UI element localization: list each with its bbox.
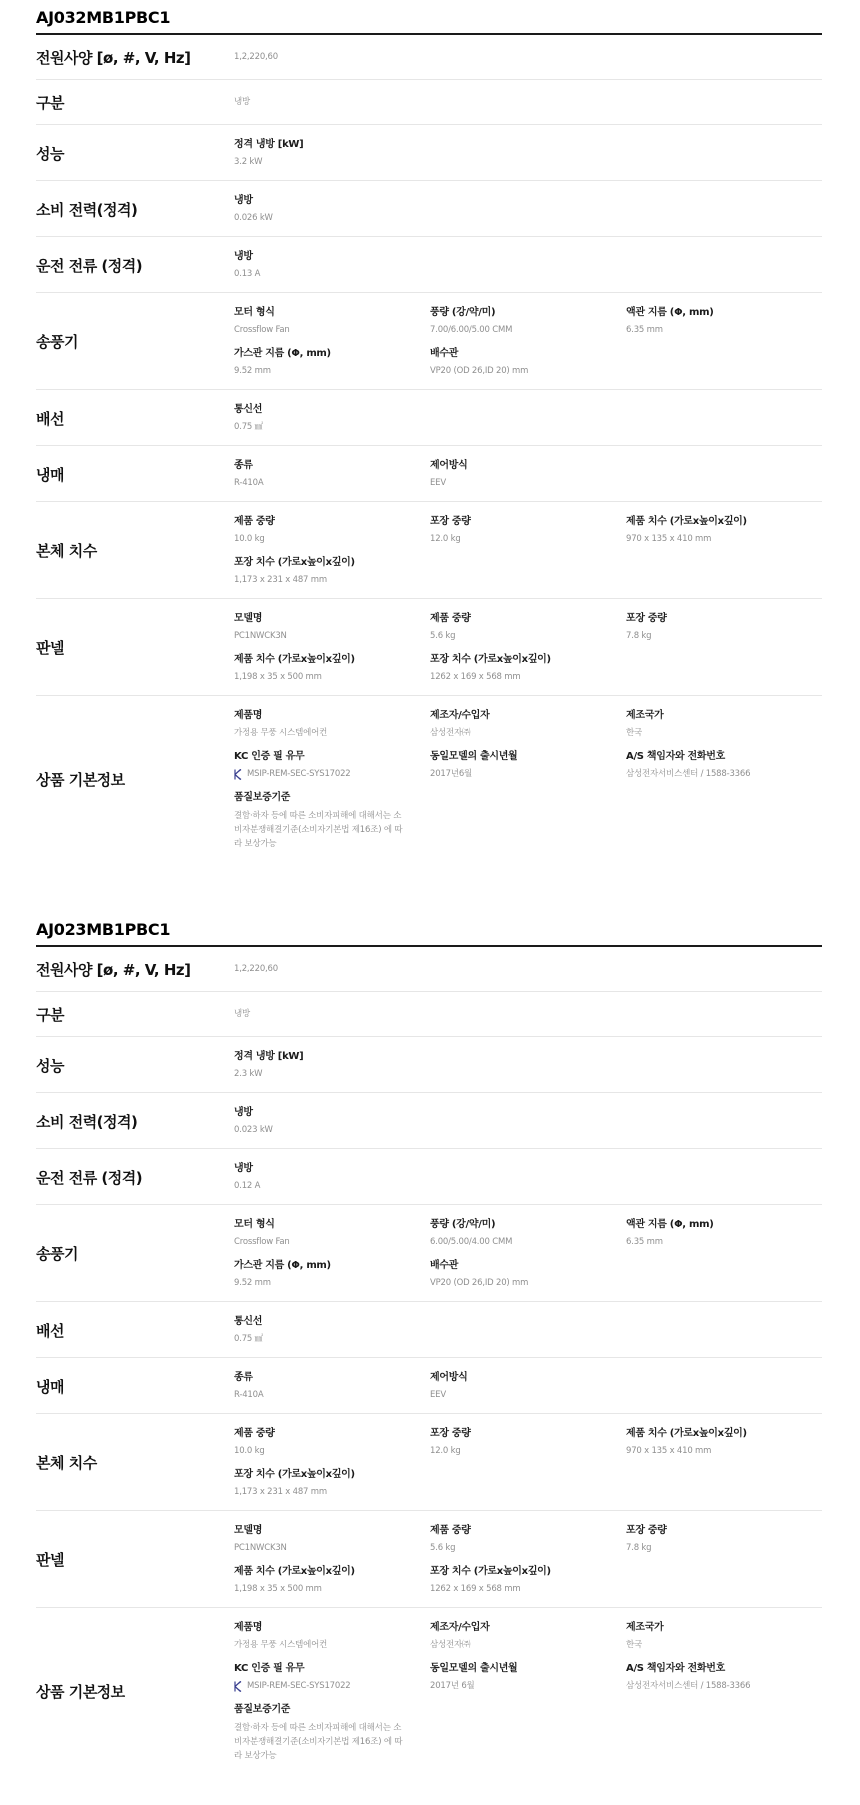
spec-item-value: EEV: [430, 1389, 626, 1402]
spec-row-basic-info: 상품 기본정보 제품명가정용 무풍 시스템에어컨 제조자/수입자삼성전자㈜ 제조…: [36, 696, 822, 862]
spec-item-value: 1,173 x 231 x 487 mm: [234, 574, 430, 587]
spec-item-name: 제어방식: [430, 458, 626, 473]
spec-item-value: 결함·하자 등에 따른 소비자피해에 대해서는 소비자분쟁해결기준(소비자기본법…: [234, 809, 404, 851]
spec-item-value: PC1NWCK3N: [234, 630, 430, 643]
spec-item-name: 포장 치수 (가로x높이x깊이): [234, 555, 430, 570]
spec-item-name: 포장 치수 (가로x높이x깊이): [430, 1564, 626, 1579]
spec-item-name: 액관 지름 (Φ, mm): [626, 1217, 822, 1232]
spec-label: 운전 전류 (정격): [36, 255, 234, 276]
spec-item-value: 한국: [626, 1639, 822, 1652]
spec-item-name: 제조자/수입자: [430, 708, 626, 723]
spec-item-name: 포장 중량: [430, 1426, 626, 1441]
spec-value: 냉방: [234, 1008, 430, 1021]
spec-item-value: 12.0 kg: [430, 533, 626, 546]
spec-item-name: 제조자/수입자: [430, 1620, 626, 1635]
spec-item-value: R-410A: [234, 477, 430, 490]
spec-item-name: 모터 형식: [234, 305, 430, 320]
spec-item-value: R-410A: [234, 1389, 430, 1402]
model-spec-section: AJ032MB1PBC1 전원사양 [ø, #, V, Hz] 1,2,220,…: [36, 6, 822, 862]
spec-row-operating-current: 운전 전류 (정격) 냉방0.12 A: [36, 1149, 822, 1205]
spec-item-value: 6.35 mm: [626, 324, 822, 337]
spec-item-value: 1262 x 169 x 568 mm: [430, 1583, 626, 1596]
spec-page: AJ032MB1PBC1 전원사양 [ø, #, V, Hz] 1,2,220,…: [0, 0, 860, 1774]
spec-label: 송풍기: [36, 331, 234, 352]
spec-item-value: 0.023 kW: [234, 1124, 430, 1137]
spec-item-value: 2017년 6월: [430, 1680, 626, 1693]
spec-item-value: EEV: [430, 477, 626, 490]
spec-item-name: 제품명: [234, 708, 430, 723]
model-title: AJ023MB1PBC1: [36, 918, 822, 947]
kc-certification-icon: [234, 1681, 242, 1692]
spec-label: 운전 전류 (정격): [36, 1167, 234, 1188]
spec-row-body-dimensions: 본체 치수 제품 중량10.0 kg 포장 중량12.0 kg 제품 치수 (가…: [36, 1414, 822, 1511]
spec-item-name: 포장 치수 (가로x높이x깊이): [234, 1467, 430, 1482]
spec-label: 소비 전력(정격): [36, 1111, 234, 1132]
spec-row-refrigerant: 냉매 종류R-410A 제어방식EEV: [36, 446, 822, 502]
spec-label: 냉매: [36, 464, 234, 485]
spec-label: 성능: [36, 1055, 234, 1076]
spec-label: 판넬: [36, 637, 234, 658]
spec-item-name: KC 인증 필 유무: [234, 1661, 430, 1676]
spec-item-value: 0.13 A: [234, 268, 430, 281]
spec-label: 상품 기본정보: [36, 1681, 234, 1702]
spec-label: 판넬: [36, 1549, 234, 1570]
spec-item-value: 10.0 kg: [234, 533, 430, 546]
spec-item-value: 970 x 135 x 410 mm: [626, 1445, 822, 1458]
spec-item-value: 가정용 무풍 시스템에어컨: [234, 1639, 430, 1652]
spec-label: 전원사양 [ø, #, V, Hz]: [36, 47, 234, 68]
spec-item-name: KC 인증 필 유무: [234, 749, 430, 764]
spec-item-value: 0.12 A: [234, 1180, 430, 1193]
spec-row-power-consumption: 소비 전력(정격) 냉방0.026 kW: [36, 181, 822, 237]
spec-item-name: 정격 냉방 [kW]: [234, 1049, 430, 1064]
kc-certification-number: MSIP-REM-SEC-SYS17022: [247, 1680, 351, 1693]
spec-value: 1,2,220,60: [234, 963, 430, 976]
spec-label: 본체 치수: [36, 540, 234, 561]
spec-label: 본체 치수: [36, 1452, 234, 1473]
spec-item-value: 2017년6월: [430, 768, 626, 781]
spec-item-value: 9.52 mm: [234, 1277, 430, 1290]
kc-certification-number: MSIP-REM-SEC-SYS17022: [247, 768, 351, 781]
spec-row-panel: 판넬 모델명PC1NWCK3N 제품 중량5.6 kg 포장 중량7.8 kg …: [36, 1511, 822, 1608]
spec-row-operating-current: 운전 전류 (정격) 냉방0.13 A: [36, 237, 822, 293]
spec-item-value: 12.0 kg: [430, 1445, 626, 1458]
spec-item-name: 제품명: [234, 1620, 430, 1635]
spec-item-value: 삼성전자서비스센터 / 1588-3366: [626, 768, 822, 781]
spec-value: 냉방: [234, 96, 430, 109]
spec-item-name: 제품 중량: [430, 1523, 626, 1538]
spec-row-wiring: 배선 통신선0.75 ㎟: [36, 1302, 822, 1358]
spec-item-value: Crossflow Fan: [234, 324, 430, 337]
spec-item-name: 통신선: [234, 402, 430, 417]
spec-label: 상품 기본정보: [36, 769, 234, 790]
spec-row-performance: 성능 정격 냉방 [kW]3.2 kW: [36, 125, 822, 181]
spec-item-name: 제어방식: [430, 1370, 626, 1385]
spec-row-blower: 송풍기 모터 형식Crossflow Fan 풍량 (강/약/미)6.00/5.…: [36, 1205, 822, 1302]
spec-item-name: 냉방: [234, 249, 430, 264]
spec-item-name: 제품 치수 (가로x높이x깊이): [626, 514, 822, 529]
spec-row-power-spec: 전원사양 [ø, #, V, Hz] 1,2,220,60: [36, 947, 822, 992]
spec-item-value: 970 x 135 x 410 mm: [626, 533, 822, 546]
spec-value: 1,2,220,60: [234, 51, 430, 64]
spec-row-basic-info: 상품 기본정보 제품명가정용 무풍 시스템에어컨 제조자/수입자삼성전자㈜ 제조…: [36, 1608, 822, 1774]
spec-label: 전원사양 [ø, #, V, Hz]: [36, 959, 234, 980]
spec-item-name: 제품 중량: [234, 514, 430, 529]
spec-item-name: 제품 중량: [234, 1426, 430, 1441]
spec-item-name: 제조국가: [626, 1620, 822, 1635]
spec-item-name: 포장 중량: [430, 514, 626, 529]
spec-item-name: 정격 냉방 [kW]: [234, 137, 430, 152]
spec-item-name: 종류: [234, 1370, 430, 1385]
kc-certification: MSIP-REM-SEC-SYS17022: [234, 768, 430, 781]
spec-item-value: VP20 (OD 26,ID 20) mm: [430, 1277, 626, 1290]
spec-item-value: 9.52 mm: [234, 365, 430, 378]
spec-item-name: 모델명: [234, 1523, 430, 1538]
model-spec-section: AJ023MB1PBC1 전원사양 [ø, #, V, Hz] 1,2,220,…: [36, 918, 822, 1774]
spec-item-name: 포장 치수 (가로x높이x깊이): [430, 652, 626, 667]
spec-row-body-dimensions: 본체 치수 제품 중량10.0 kg 포장 중량12.0 kg 제품 치수 (가…: [36, 502, 822, 599]
spec-item-name: A/S 책임자와 전화번호: [626, 1661, 822, 1676]
spec-item-name: 제품 중량: [430, 611, 626, 626]
spec-item-value: 6.00/5.00/4.00 CMM: [430, 1236, 626, 1249]
spec-item-value: 삼성전자㈜: [430, 1639, 626, 1652]
spec-item-name: 모델명: [234, 611, 430, 626]
spec-row-wiring: 배선 통신선0.75 ㎟: [36, 390, 822, 446]
spec-item-name: 냉방: [234, 1105, 430, 1120]
spec-item-name: 포장 중량: [626, 1523, 822, 1538]
kc-certification-icon: [234, 769, 242, 780]
spec-item-value: 7.8 kg: [626, 630, 822, 643]
spec-item-value: 가정용 무풍 시스템에어컨: [234, 727, 430, 740]
spec-item-name: 가스관 지름 (Φ, mm): [234, 1258, 430, 1273]
spec-item-name: 제조국가: [626, 708, 822, 723]
spec-item-value: 3.2 kW: [234, 156, 430, 169]
spec-item-name: 제품 치수 (가로x높이x깊이): [234, 1564, 430, 1579]
spec-item-name: 동일모델의 출시년월: [430, 749, 626, 764]
spec-item-name: 액관 지름 (Φ, mm): [626, 305, 822, 320]
spec-label: 배선: [36, 408, 234, 429]
spec-item-value: 2.3 kW: [234, 1068, 430, 1081]
spec-item-name: 풍량 (강/약/미): [430, 305, 626, 320]
spec-item-value: 7.00/6.00/5.00 CMM: [430, 324, 626, 337]
spec-item-name: 모터 형식: [234, 1217, 430, 1232]
spec-item-value: 0.026 kW: [234, 212, 430, 225]
spec-item-value: 삼성전자㈜: [430, 727, 626, 740]
spec-item-value: 1,198 x 35 x 500 mm: [234, 1583, 430, 1596]
spec-label: 배선: [36, 1320, 234, 1341]
spec-item-name: 품질보증기준: [234, 790, 404, 805]
spec-item-value: 결함·하자 등에 따른 소비자피해에 대해서는 소비자분쟁해결기준(소비자기본법…: [234, 1721, 404, 1763]
spec-item-value: 5.6 kg: [430, 630, 626, 643]
spec-label: 성능: [36, 143, 234, 164]
model-title: AJ032MB1PBC1: [36, 6, 822, 35]
spec-item-value: 10.0 kg: [234, 1445, 430, 1458]
spec-item-name: 냉방: [234, 1161, 430, 1176]
spec-row-type: 구분 냉방: [36, 992, 822, 1037]
spec-row-type: 구분 냉방: [36, 80, 822, 125]
spec-row-performance: 성능 정격 냉방 [kW]2.3 kW: [36, 1037, 822, 1093]
spec-item-value: 1,198 x 35 x 500 mm: [234, 671, 430, 684]
kc-certification: MSIP-REM-SEC-SYS17022: [234, 1680, 430, 1693]
spec-item-name: 포장 중량: [626, 611, 822, 626]
spec-label: 구분: [36, 1004, 234, 1025]
spec-item-value: 0.75 ㎟: [234, 1333, 430, 1346]
spec-row-power-spec: 전원사양 [ø, #, V, Hz] 1,2,220,60: [36, 35, 822, 80]
spec-item-value: 한국: [626, 727, 822, 740]
spec-item-name: 배수관: [430, 346, 626, 361]
spec-row-power-consumption: 소비 전력(정격) 냉방0.023 kW: [36, 1093, 822, 1149]
spec-row-blower: 송풍기 모터 형식Crossflow Fan 풍량 (강/약/미)7.00/6.…: [36, 293, 822, 390]
spec-item-name: 배수관: [430, 1258, 626, 1273]
spec-item-value: 5.6 kg: [430, 1542, 626, 1555]
spec-item-name: 가스관 지름 (Φ, mm): [234, 346, 430, 361]
spec-item-value: 1262 x 169 x 568 mm: [430, 671, 626, 684]
spec-label: 구분: [36, 92, 234, 113]
spec-item-name: 제품 치수 (가로x높이x깊이): [626, 1426, 822, 1441]
spec-row-panel: 판넬 모델명PC1NWCK3N 제품 중량5.6 kg 포장 중량7.8 kg …: [36, 599, 822, 696]
spec-label: 냉매: [36, 1376, 234, 1397]
spec-item-name: A/S 책임자와 전화번호: [626, 749, 822, 764]
spec-item-value: 7.8 kg: [626, 1542, 822, 1555]
spec-item-name: 냉방: [234, 193, 430, 208]
spec-item-value: VP20 (OD 26,ID 20) mm: [430, 365, 626, 378]
spec-item-value: 삼성전자서비스센터 / 1588-3366: [626, 1680, 822, 1693]
spec-item-value: Crossflow Fan: [234, 1236, 430, 1249]
spec-label: 송풍기: [36, 1243, 234, 1264]
spec-item-value: 6.35 mm: [626, 1236, 822, 1249]
spec-row-refrigerant: 냉매 종류R-410A 제어방식EEV: [36, 1358, 822, 1414]
spec-item-value: 0.75 ㎟: [234, 421, 430, 434]
spec-item-name: 품질보증기준: [234, 1702, 404, 1717]
spec-item-name: 통신선: [234, 1314, 430, 1329]
spec-label: 소비 전력(정격): [36, 199, 234, 220]
spec-item-name: 종류: [234, 458, 430, 473]
spec-item-name: 제품 치수 (가로x높이x깊이): [234, 652, 430, 667]
spec-item-name: 동일모델의 출시년월: [430, 1661, 626, 1676]
spec-item-value: 1,173 x 231 x 487 mm: [234, 1486, 430, 1499]
spec-item-value: PC1NWCK3N: [234, 1542, 430, 1555]
spec-item-name: 풍량 (강/약/미): [430, 1217, 626, 1232]
